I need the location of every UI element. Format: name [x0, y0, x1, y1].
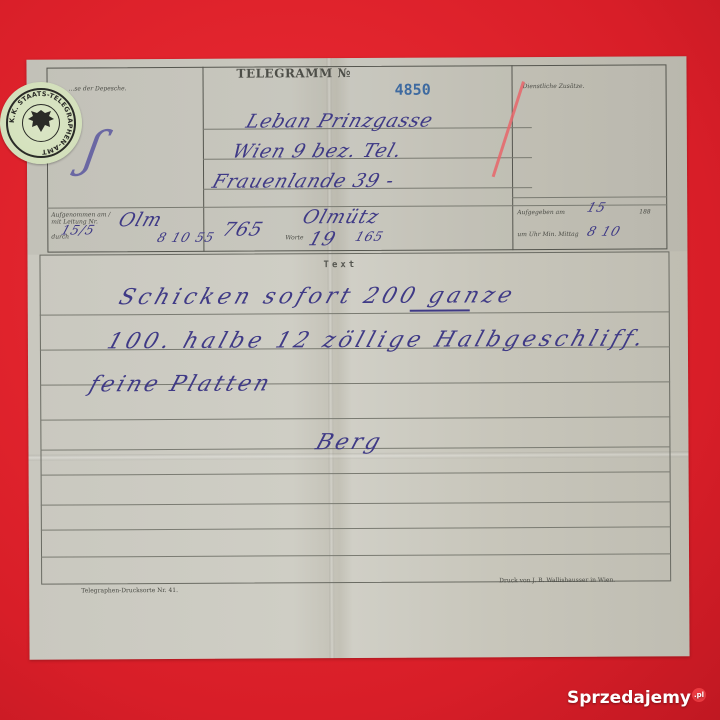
message-line-3: feine Platten — [86, 371, 275, 397]
received-nr: 765 — [220, 218, 266, 240]
words-label: Worte — [285, 234, 303, 241]
underline-200 — [410, 309, 470, 311]
footer-right: Druck von J. B. Wallishausser in Wien. — [499, 577, 615, 585]
message-line-1: Schicken sofort 200 ganze — [116, 283, 520, 310]
telegraph-office-seal: K.K. STAATS-TELEGRAPHEN-AMT — [0, 82, 82, 164]
received-time: 8 10 55 — [155, 231, 216, 246]
header-right-label: Dienstliche Zusätze. — [523, 83, 585, 90]
fee: 165 — [353, 230, 386, 245]
telegram-title: TELEGRAMM № — [236, 66, 351, 81]
submitted-time: 8 10 — [585, 225, 623, 240]
footer-left: Telegraphen-Drucksorte Nr. 41. — [81, 587, 178, 595]
telegram-number: 4850 — [395, 81, 431, 99]
double-headed-eagle-icon: K.K. STAATS-TELEGRAPHEN-AMT — [0, 82, 82, 164]
telegram-paper: ...se der Depesche. TELEGRAMM № 4850 Die… — [26, 56, 689, 659]
submitted-year-label: 188 — [639, 208, 650, 215]
signature: Berg — [312, 430, 386, 455]
received-date: 15/5 — [59, 223, 97, 238]
address-line-3: Frauenlande 39 - — [210, 170, 398, 193]
address-line-1: Leban Prinzgasse — [243, 110, 436, 133]
received-line: Olm — [116, 209, 166, 231]
message-line-2: 100. halbe 12 zöllige Halbgeschliff. — [104, 326, 650, 354]
submitted-time-label: um Uhr Min. Mittag — [517, 231, 578, 238]
submitted-label: Aufgegeben am — [517, 209, 565, 216]
address-line-2: Wien 9 bez. Tel. — [229, 140, 405, 163]
from-station: Olmütz — [300, 206, 383, 228]
sprzedajemy-watermark: Sprzedajemy.pl — [567, 688, 706, 708]
